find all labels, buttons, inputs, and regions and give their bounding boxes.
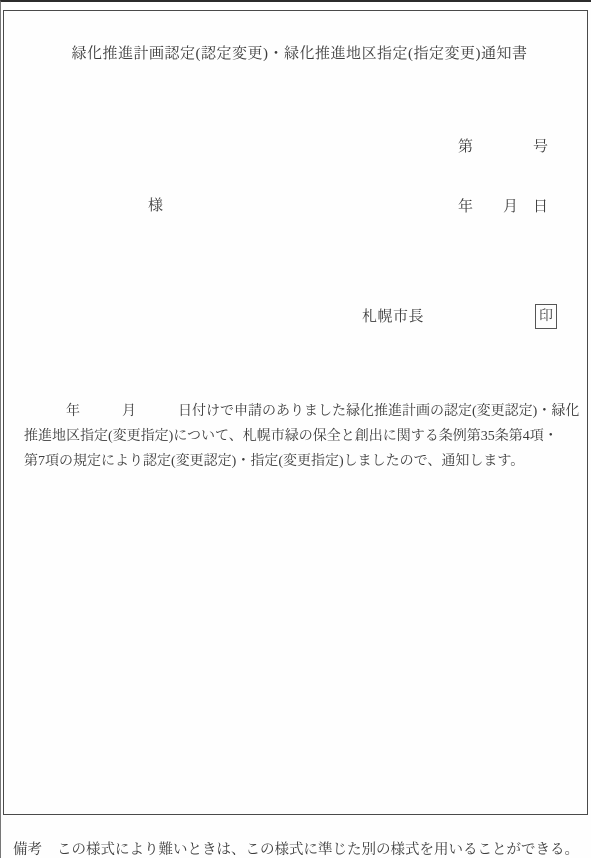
body-paragraph: 年 月 日付けで申請のありました緑化推進計画の認定(変更認定)・緑化 推進地区指… <box>24 399 580 474</box>
body-line-2: 推進地区指定(変更指定)について、札幌市緑の保全と創出に関する条例第35条第4項… <box>24 424 580 449</box>
remarks-text: この様式により難いときは、この様式に準じた別の様式を用いることができる。 <box>57 842 579 858</box>
document-date-line: 年 月 日 <box>458 197 548 217</box>
form-border-box: 緑化推進計画認定(認定変更)・緑化推進地区指定(指定変更)通知書 第 号 年 月… <box>3 10 588 815</box>
reference-block: 第 号 年 月 日 <box>458 97 548 257</box>
issuer-title: 札幌市長 <box>362 305 424 326</box>
remarks-label: 備考 <box>13 842 42 858</box>
seal-label: 印 <box>539 309 553 324</box>
body-line-1: 年 月 日付けで申請のありました緑化推進計画の認定(変更認定)・緑化 <box>24 399 580 424</box>
body-line-3: 第7項の規定により認定(変更認定)・指定(変更指定)しましたので、通知します。 <box>24 449 580 474</box>
notification-document-page: 緑化推進計画認定(認定変更)・緑化推進地区指定(指定変更)通知書 第 号 年 月… <box>0 0 591 858</box>
document-title: 緑化推進計画認定(認定変更)・緑化推進地区指定(指定変更)通知書 <box>4 42 587 63</box>
remarks-note: 備考この様式により難いときは、この様式に準じた別の様式を用いることができる。 <box>13 838 579 858</box>
seal-box: 印 <box>535 304 557 329</box>
addressee-honorific: 様 <box>148 194 163 215</box>
document-number-line: 第 号 <box>458 137 548 157</box>
